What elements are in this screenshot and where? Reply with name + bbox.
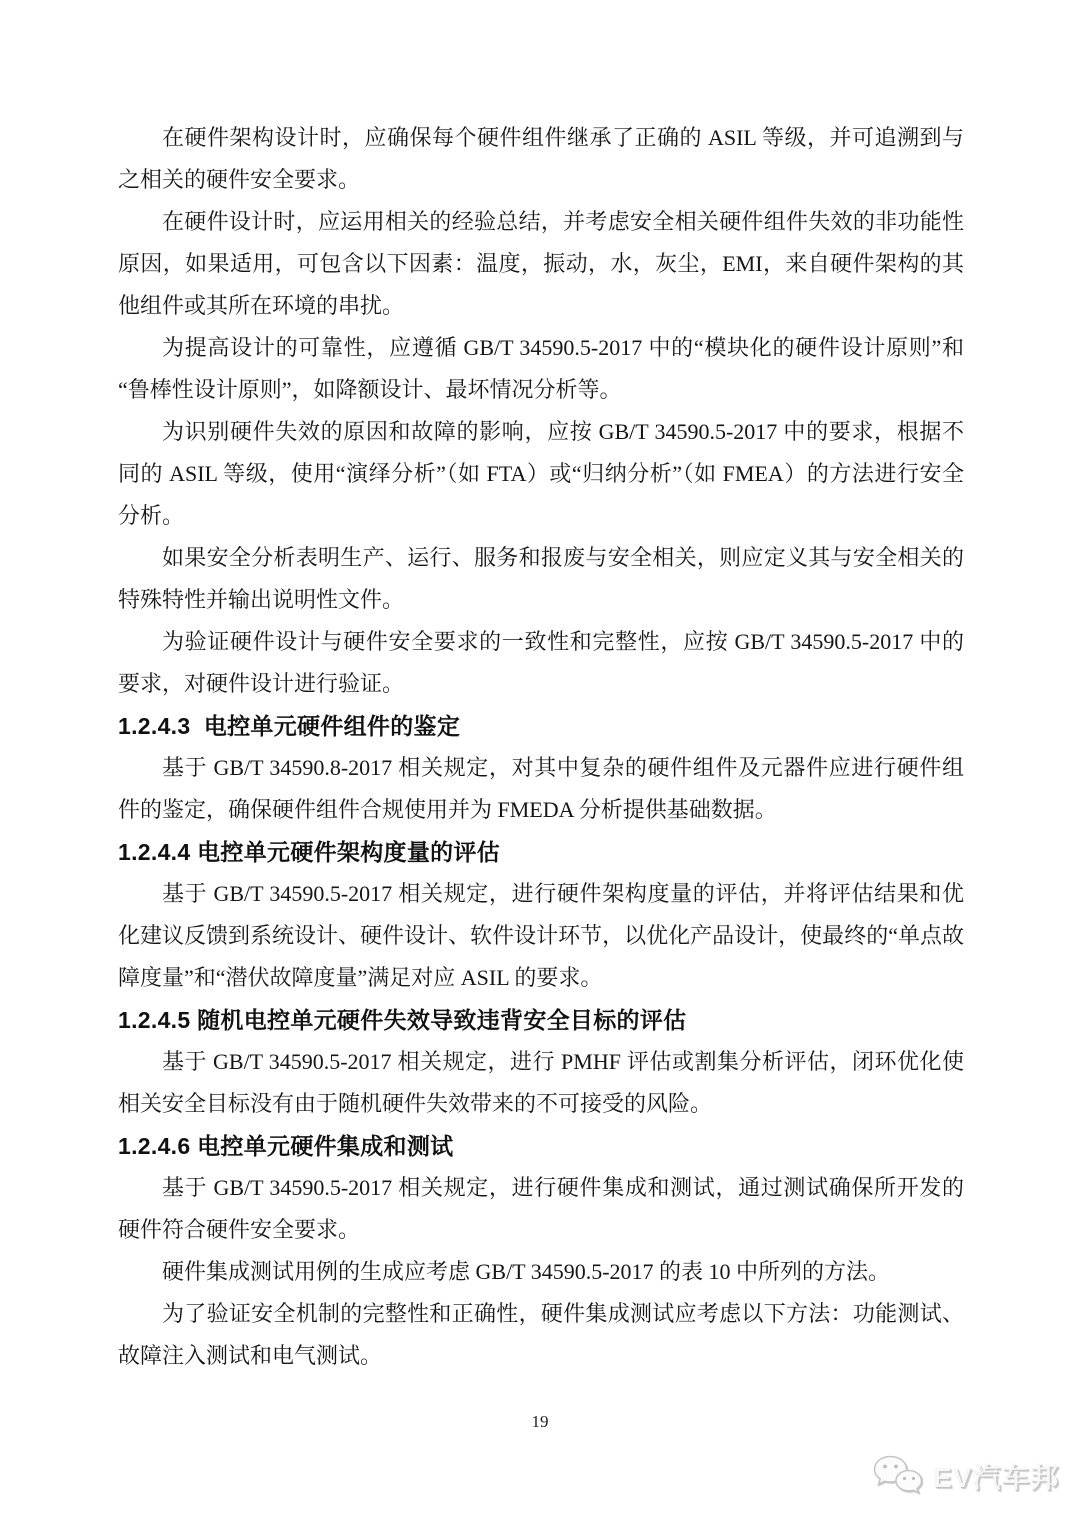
paragraph-hw-design-experience: 在硬件设计时，应运用相关的经验总结，并考虑安全相关硬件组件失效的非功能性原因，如… bbox=[118, 201, 964, 327]
section-heading-1-2-4-6: 1.2.4.6 电控单元硬件集成和测试 bbox=[118, 1125, 964, 1167]
paragraph-hw-architecture-asil: 在硬件架构设计时，应确保每个硬件组件继承了正确的 ASIL 等级，并可追溯到与之… bbox=[118, 117, 964, 201]
paragraph-failure-analysis: 为识别硬件失效的原因和故障的影响，应按 GB/T 34590.5-2017 中的… bbox=[118, 411, 964, 537]
paragraph-pmhf-evaluation: 基于 GB/T 34590.5-2017 相关规定，进行 PMHF 评估或割集分… bbox=[118, 1041, 964, 1125]
document-page: 在硬件架构设计时，应确保每个硬件组件继承了正确的 ASIL 等级，并可追溯到与之… bbox=[0, 0, 1080, 1527]
section-heading-1-2-4-5: 1.2.4.5 随机电控单元硬件失效导致违背安全目标的评估 bbox=[118, 999, 964, 1041]
paragraph-architecture-metrics: 基于 GB/T 34590.5-2017 相关规定，进行硬件架构度量的评估，并将… bbox=[118, 873, 964, 999]
document-body: 在硬件架构设计时，应确保每个硬件组件继承了正确的 ASIL 等级，并可追溯到与之… bbox=[118, 117, 964, 1377]
paragraph-test-methods: 为了验证安全机制的完整性和正确性，硬件集成测试应考虑以下方法：功能测试、故障注入… bbox=[118, 1293, 964, 1377]
brand-watermark-label: EV汽车邦 bbox=[933, 1456, 1059, 1496]
paragraph-design-reliability: 为提高设计的可靠性，应遵循 GB/T 34590.5-2017 中的“模块化的硬… bbox=[118, 327, 964, 411]
paragraph-hw-design-verification: 为验证硬件设计与硬件安全要求的一致性和完整性，应按 GB/T 34590.5-2… bbox=[118, 621, 964, 705]
paragraph-hw-component-qualification: 基于 GB/T 34590.8-2017 相关规定，对其中复杂的硬件组件及元器件… bbox=[118, 747, 964, 831]
section-heading-1-2-4-3: 1.2.4.3 电控单元硬件组件的鉴定 bbox=[118, 705, 964, 747]
page-footer: 19 bbox=[0, 1412, 1080, 1432]
page-number: 19 bbox=[532, 1412, 549, 1431]
paragraph-hw-integration-test: 基于 GB/T 34590.5-2017 相关规定，进行硬件集成和测试，通过测试… bbox=[118, 1167, 964, 1251]
wechat-icon bbox=[872, 1453, 924, 1499]
paragraph-test-case-generation: 硬件集成测试用例的生成应考虑 GB/T 34590.5-2017 的表 10 中… bbox=[118, 1251, 964, 1293]
paragraph-safety-analysis-special: 如果安全分析表明生产、运行、服务和报废与安全相关，则应定义其与安全相关的特殊特性… bbox=[118, 537, 964, 621]
brand-watermark: EV汽车邦 bbox=[872, 1452, 1059, 1500]
section-heading-1-2-4-4: 1.2.4.4 电控单元硬件架构度量的评估 bbox=[118, 831, 964, 873]
